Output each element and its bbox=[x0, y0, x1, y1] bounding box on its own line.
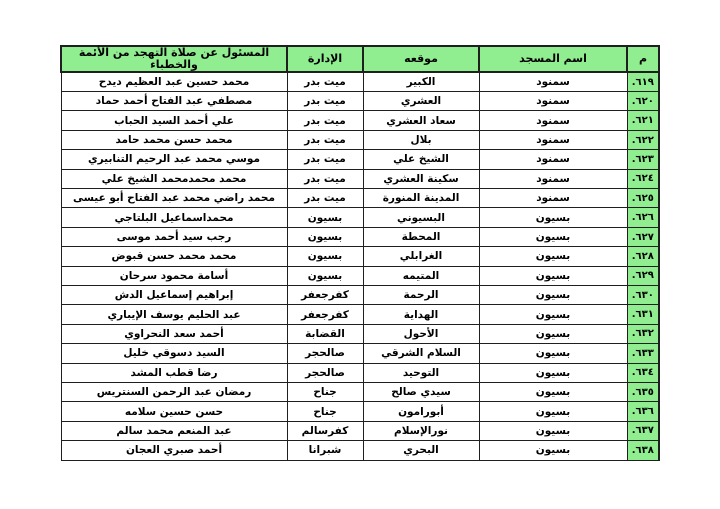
cell-tahajjud-responsible: إبراهيم إسماعيل الدش bbox=[61, 285, 287, 304]
cell-number: ٦٣١. bbox=[627, 305, 659, 324]
cell-location: أبورامون bbox=[363, 402, 479, 421]
cell-location: الشيخ علي bbox=[363, 150, 479, 169]
table-row: ٦٣٠.بسيونالرحمةكفرجعفرإبراهيم إسماعيل ال… bbox=[61, 285, 659, 304]
cell-administration: ميت بدر bbox=[287, 130, 363, 149]
cell-number: ٦٢٩. bbox=[627, 266, 659, 285]
cell-administration: بسيون bbox=[287, 247, 363, 266]
header-mosque-name: اسم المسجد bbox=[479, 46, 627, 72]
cell-tahajjud-responsible: أسامة محمود سرحان bbox=[61, 266, 287, 285]
table-row: ٦٢٩.بسيونالمتيمهبسيونأسامة محمود سرحان bbox=[61, 266, 659, 285]
cell-tahajjud-responsible: عبد الحليم يوسف الإيباري bbox=[61, 305, 287, 324]
cell-mosque-name: سمنود bbox=[479, 189, 627, 208]
table-row: ٦٢٢.سمنودبلالميت بدرمحمد حسن محمد حامد bbox=[61, 130, 659, 149]
table-row: ٦٢٣.سمنودالشيخ عليميت بدرموسي محمد عبد ا… bbox=[61, 150, 659, 169]
cell-mosque-name: سمنود bbox=[479, 72, 627, 91]
cell-mosque-name: سمنود bbox=[479, 169, 627, 188]
cell-administration: جناح bbox=[287, 382, 363, 401]
table-row: ٦٢٧.بسيونالمحطةبسيونرجب سيد أحمد موسى bbox=[61, 227, 659, 246]
table-row: ٦٣٥.بسيونسيدي صالحجناحرمضان عبد الرحمن ا… bbox=[61, 382, 659, 401]
cell-mosque-name: بسيون bbox=[479, 285, 627, 304]
cell-mosque-name: سمنود bbox=[479, 92, 627, 111]
cell-number: ٦٢٧. bbox=[627, 227, 659, 246]
cell-administration: ميت بدر bbox=[287, 189, 363, 208]
cell-location: التوحيد bbox=[363, 363, 479, 382]
cell-mosque-name: بسيون bbox=[479, 208, 627, 227]
cell-administration: القضابة bbox=[287, 324, 363, 343]
cell-location: الأحول bbox=[363, 324, 479, 343]
cell-mosque-name: بسيون bbox=[479, 344, 627, 363]
cell-tahajjud-responsible: أحمد سعد النحراوي bbox=[61, 324, 287, 343]
cell-location: الغرابلي bbox=[363, 247, 479, 266]
cell-location: المدينة المنورة bbox=[363, 189, 479, 208]
cell-location: السلام الشرقي bbox=[363, 344, 479, 363]
cell-location: سيدي صالح bbox=[363, 382, 479, 401]
header-location: موقعه bbox=[363, 46, 479, 72]
cell-mosque-name: بسيون bbox=[479, 421, 627, 440]
cell-number: ٦٢٦. bbox=[627, 208, 659, 227]
cell-number: ٦٣٦. bbox=[627, 402, 659, 421]
cell-administration: كفرجعفر bbox=[287, 285, 363, 304]
cell-mosque-name: بسيون bbox=[479, 382, 627, 401]
cell-administration: شبرانا bbox=[287, 441, 363, 460]
table-row: ٦٢٠.سمنودالعشريميت بدرمصطفي عبد الفتاح أ… bbox=[61, 92, 659, 111]
cell-number: ٦١٩. bbox=[627, 72, 659, 91]
table-row: ٦٣١.بسيونالهدايةكفرجعفرعبد الحليم يوسف ا… bbox=[61, 305, 659, 324]
table-row: ٦٣٨.بسيونالبحريشبراناأحمد صبري العجان bbox=[61, 441, 659, 460]
cell-tahajjud-responsible: عبد المنعم محمد سالم bbox=[61, 421, 287, 440]
table-row: ٦٢٤.سمنودسكينة العشريميت بدرمحمد محمدمحم… bbox=[61, 169, 659, 188]
cell-number: ٦٢١. bbox=[627, 111, 659, 130]
cell-tahajjud-responsible: علي أحمد السيد الحباب bbox=[61, 111, 287, 130]
cell-number: ٦٢٥. bbox=[627, 189, 659, 208]
cell-administration: ميت بدر bbox=[287, 150, 363, 169]
table-row: ٦٣٧.بسيوننورالإسلامكفرسالمعبد المنعم محم… bbox=[61, 421, 659, 440]
table-row: ٦٢١.سمنودسعاد العشريميت بدرعلي أحمد السي… bbox=[61, 111, 659, 130]
cell-tahajjud-responsible: أحمد صبري العجان bbox=[61, 441, 287, 460]
cell-tahajjud-responsible: السيد دسوقي خليل bbox=[61, 344, 287, 363]
cell-administration: جناح bbox=[287, 402, 363, 421]
cell-location: سكينة العشري bbox=[363, 169, 479, 188]
cell-location: المحطة bbox=[363, 227, 479, 246]
cell-tahajjud-responsible: موسي محمد عبد الرحيم التنابيري bbox=[61, 150, 287, 169]
table-row: ٦٣٢.بسيونالأحولالقضابةأحمد سعد النحراوي bbox=[61, 324, 659, 343]
cell-tahajjud-responsible: حسن حسين سلامه bbox=[61, 402, 287, 421]
cell-mosque-name: بسيون bbox=[479, 402, 627, 421]
cell-mosque-name: بسيون bbox=[479, 441, 627, 460]
cell-mosque-name: بسيون bbox=[479, 227, 627, 246]
cell-number: ٦٢٠. bbox=[627, 92, 659, 111]
cell-tahajjud-responsible: محمد محمد حسن قبوض bbox=[61, 247, 287, 266]
cell-tahajjud-responsible: رجب سيد أحمد موسى bbox=[61, 227, 287, 246]
table-row: ٦٢٨.بسيونالغرابليبسيونمحمد محمد حسن قبوض bbox=[61, 247, 659, 266]
document-page: م اسم المسجد موقعه الإدارة المسئول عن صل… bbox=[0, 0, 720, 509]
table-body: ٦١٩.سمنودالكبيرميت بدرمحمد حسين عبد العظ… bbox=[61, 72, 659, 460]
cell-mosque-name: بسيون bbox=[479, 305, 627, 324]
cell-location: العشري bbox=[363, 92, 479, 111]
cell-administration: بسيون bbox=[287, 208, 363, 227]
cell-number: ٦٣٥. bbox=[627, 382, 659, 401]
cell-tahajjud-responsible: محمد محمدمحمد الشيخ علي bbox=[61, 169, 287, 188]
cell-location: الكبير bbox=[363, 72, 479, 91]
cell-tahajjud-responsible: محمد حسين عبد العظيم ديدح bbox=[61, 72, 287, 91]
table-row: ٦٣٣.بسيونالسلام الشرقيصالحجرالسيد دسوقي … bbox=[61, 344, 659, 363]
cell-mosque-name: بسيون bbox=[479, 266, 627, 285]
header-administration: الإدارة bbox=[287, 46, 363, 72]
cell-location: البسيوني bbox=[363, 208, 479, 227]
cell-administration: صالحجر bbox=[287, 344, 363, 363]
table-row: ٦١٩.سمنودالكبيرميت بدرمحمد حسين عبد العظ… bbox=[61, 72, 659, 91]
cell-location: نورالإسلام bbox=[363, 421, 479, 440]
header-number: م bbox=[627, 46, 659, 72]
cell-administration: ميت بدر bbox=[287, 72, 363, 91]
cell-mosque-name: بسيون bbox=[479, 324, 627, 343]
cell-number: ٦٣٧. bbox=[627, 421, 659, 440]
cell-tahajjud-responsible: محمد راضي محمد عبد الفتاح أبو عيسى bbox=[61, 189, 287, 208]
cell-number: ٦٣٤. bbox=[627, 363, 659, 382]
cell-location: بلال bbox=[363, 130, 479, 149]
cell-number: ٦٢٢. bbox=[627, 130, 659, 149]
cell-number: ٦٢٨. bbox=[627, 247, 659, 266]
cell-number: ٦٢٣. bbox=[627, 150, 659, 169]
cell-tahajjud-responsible: محمد حسن محمد حامد bbox=[61, 130, 287, 149]
table-row: ٦٣٦.بسيونأبورامونجناححسن حسين سلامه bbox=[61, 402, 659, 421]
header-row: م اسم المسجد موقعه الإدارة المسئول عن صل… bbox=[61, 46, 659, 72]
cell-location: الهداية bbox=[363, 305, 479, 324]
cell-mosque-name: سمنود bbox=[479, 111, 627, 130]
mosque-table: م اسم المسجد موقعه الإدارة المسئول عن صل… bbox=[60, 45, 660, 461]
cell-number: ٦٣٢. bbox=[627, 324, 659, 343]
cell-tahajjud-responsible: رمضان عبد الرحمن السنتريس bbox=[61, 382, 287, 401]
cell-mosque-name: سمنود bbox=[479, 130, 627, 149]
cell-tahajjud-responsible: مصطفي عبد الفتاح أحمد حماد bbox=[61, 92, 287, 111]
table-row: ٦٣٤.بسيونالتوحيدصالحجررضا قطب المشد bbox=[61, 363, 659, 382]
cell-location: المتيمه bbox=[363, 266, 479, 285]
cell-administration: ميت بدر bbox=[287, 92, 363, 111]
cell-location: الرحمة bbox=[363, 285, 479, 304]
cell-administration: كفرسالم bbox=[287, 421, 363, 440]
table-row: ٦٢٥.سمنودالمدينة المنورةميت بدرمحمد راضي… bbox=[61, 189, 659, 208]
cell-tahajjud-responsible: رضا قطب المشد bbox=[61, 363, 287, 382]
cell-administration: بسيون bbox=[287, 227, 363, 246]
cell-number: ٦٣٣. bbox=[627, 344, 659, 363]
cell-administration: بسيون bbox=[287, 266, 363, 285]
cell-administration: ميت بدر bbox=[287, 111, 363, 130]
cell-number: ٦٣٠. bbox=[627, 285, 659, 304]
cell-location: البحري bbox=[363, 441, 479, 460]
cell-mosque-name: سمنود bbox=[479, 150, 627, 169]
cell-tahajjud-responsible: محمداسماعيل البلتاجي bbox=[61, 208, 287, 227]
cell-location: سعاد العشري bbox=[363, 111, 479, 130]
cell-mosque-name: بسيون bbox=[479, 247, 627, 266]
cell-number: ٦٣٨. bbox=[627, 441, 659, 460]
cell-administration: صالحجر bbox=[287, 363, 363, 382]
cell-number: ٦٢٤. bbox=[627, 169, 659, 188]
table-row: ٦٢٦.بسيونالبسيونيبسيونمحمداسماعيل البلتا… bbox=[61, 208, 659, 227]
cell-administration: كفرجعفر bbox=[287, 305, 363, 324]
cell-administration: ميت بدر bbox=[287, 169, 363, 188]
cell-mosque-name: بسيون bbox=[479, 363, 627, 382]
header-tahajjud-responsible: المسئول عن صلاة التهجد من الأئمة والخطبا… bbox=[61, 46, 287, 72]
